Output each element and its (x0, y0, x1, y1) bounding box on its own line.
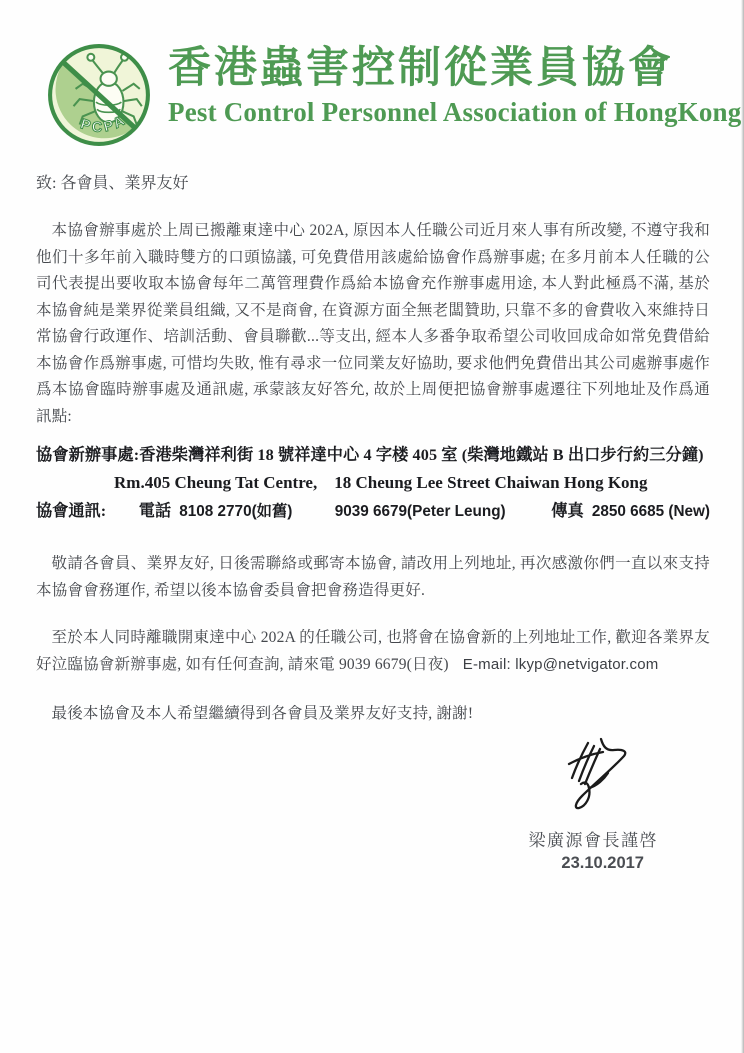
email-address: E-mail: lkyp@netvigator.com (449, 656, 659, 673)
letter-date: 23.10.2017 (561, 854, 644, 873)
fax-label: 傳真 (551, 497, 583, 525)
contact-label: 協會通訊: (36, 497, 106, 525)
signoff-block: 梁廣源會長謹啓 23.10.2017 (36, 736, 710, 873)
letter-body: 致: 各會員、業界友好 本協會辦事處於上周已搬離東達中心 202A, 原因本人任… (0, 170, 744, 873)
chairman-name: 梁廣源會長謹啓 (529, 826, 659, 851)
new-office-address-block: 協會新辦事處:香港柴灣祥利街 18 號祥達中心 4 字楼 405 室 (柴灣地鐵… (36, 442, 710, 526)
paragraph-personal-note: 至於本人同時離職開東達中心 202A 的任職公司, 也將會在協會新的上列地址工作… (36, 625, 710, 678)
handwritten-signature (544, 736, 640, 822)
association-logo no-pest-icon: PCPA (46, 42, 152, 148)
org-name-english: Pest Control Personnel Association of Ho… (168, 97, 741, 128)
letterhead: PCPA 香港蟲害控制從業員協會 Pest Control Personnel … (0, 0, 744, 148)
org-titles: 香港蟲害控制從業員協會 Pest Control Personnel Assoc… (168, 42, 741, 128)
letter-page: PCPA 香港蟲害控制從業員協會 Pest Control Personnel … (0, 0, 744, 1053)
org-name-chinese: 香港蟲害控制從業員協會 (168, 44, 741, 93)
fax-number: 2850 6685 (New) (592, 498, 710, 526)
new-office-address-english: Rm.405 Cheung Tat Centre, 18 Cheung Lee … (114, 469, 710, 496)
phone-number-old: 8108 2770(如舊) (179, 498, 292, 526)
new-office-address-chinese: 協會新辦事處:香港柴灣祥利街 18 號祥達中心 4 字楼 405 室 (柴灣地鐵… (36, 442, 710, 469)
paragraph-use-new-address: 敬請各會員、業界友好, 日後需聯絡或郵寄本協會, 請改用上列地址, 再次感激你們… (36, 551, 710, 604)
phone-number-peter-leung: 9039 6679(Peter Leung) (335, 498, 506, 526)
phone-label: 電話 (139, 497, 171, 525)
salutation-line: 致: 各會員、業界友好 (36, 170, 710, 193)
contact-row: 協會通訊: 電話 8108 2770(如舊) 9039 6679(Peter L… (36, 497, 710, 526)
paragraph-thanks: 最後本協會及本人希望繼續得到各會員及業界友好支持, 謝謝! (36, 701, 710, 728)
paragraph-office-move: 本協會辦事處於上周已搬離東達中心 202A, 原因本人任職公司近月來人事有所改變… (36, 218, 710, 430)
